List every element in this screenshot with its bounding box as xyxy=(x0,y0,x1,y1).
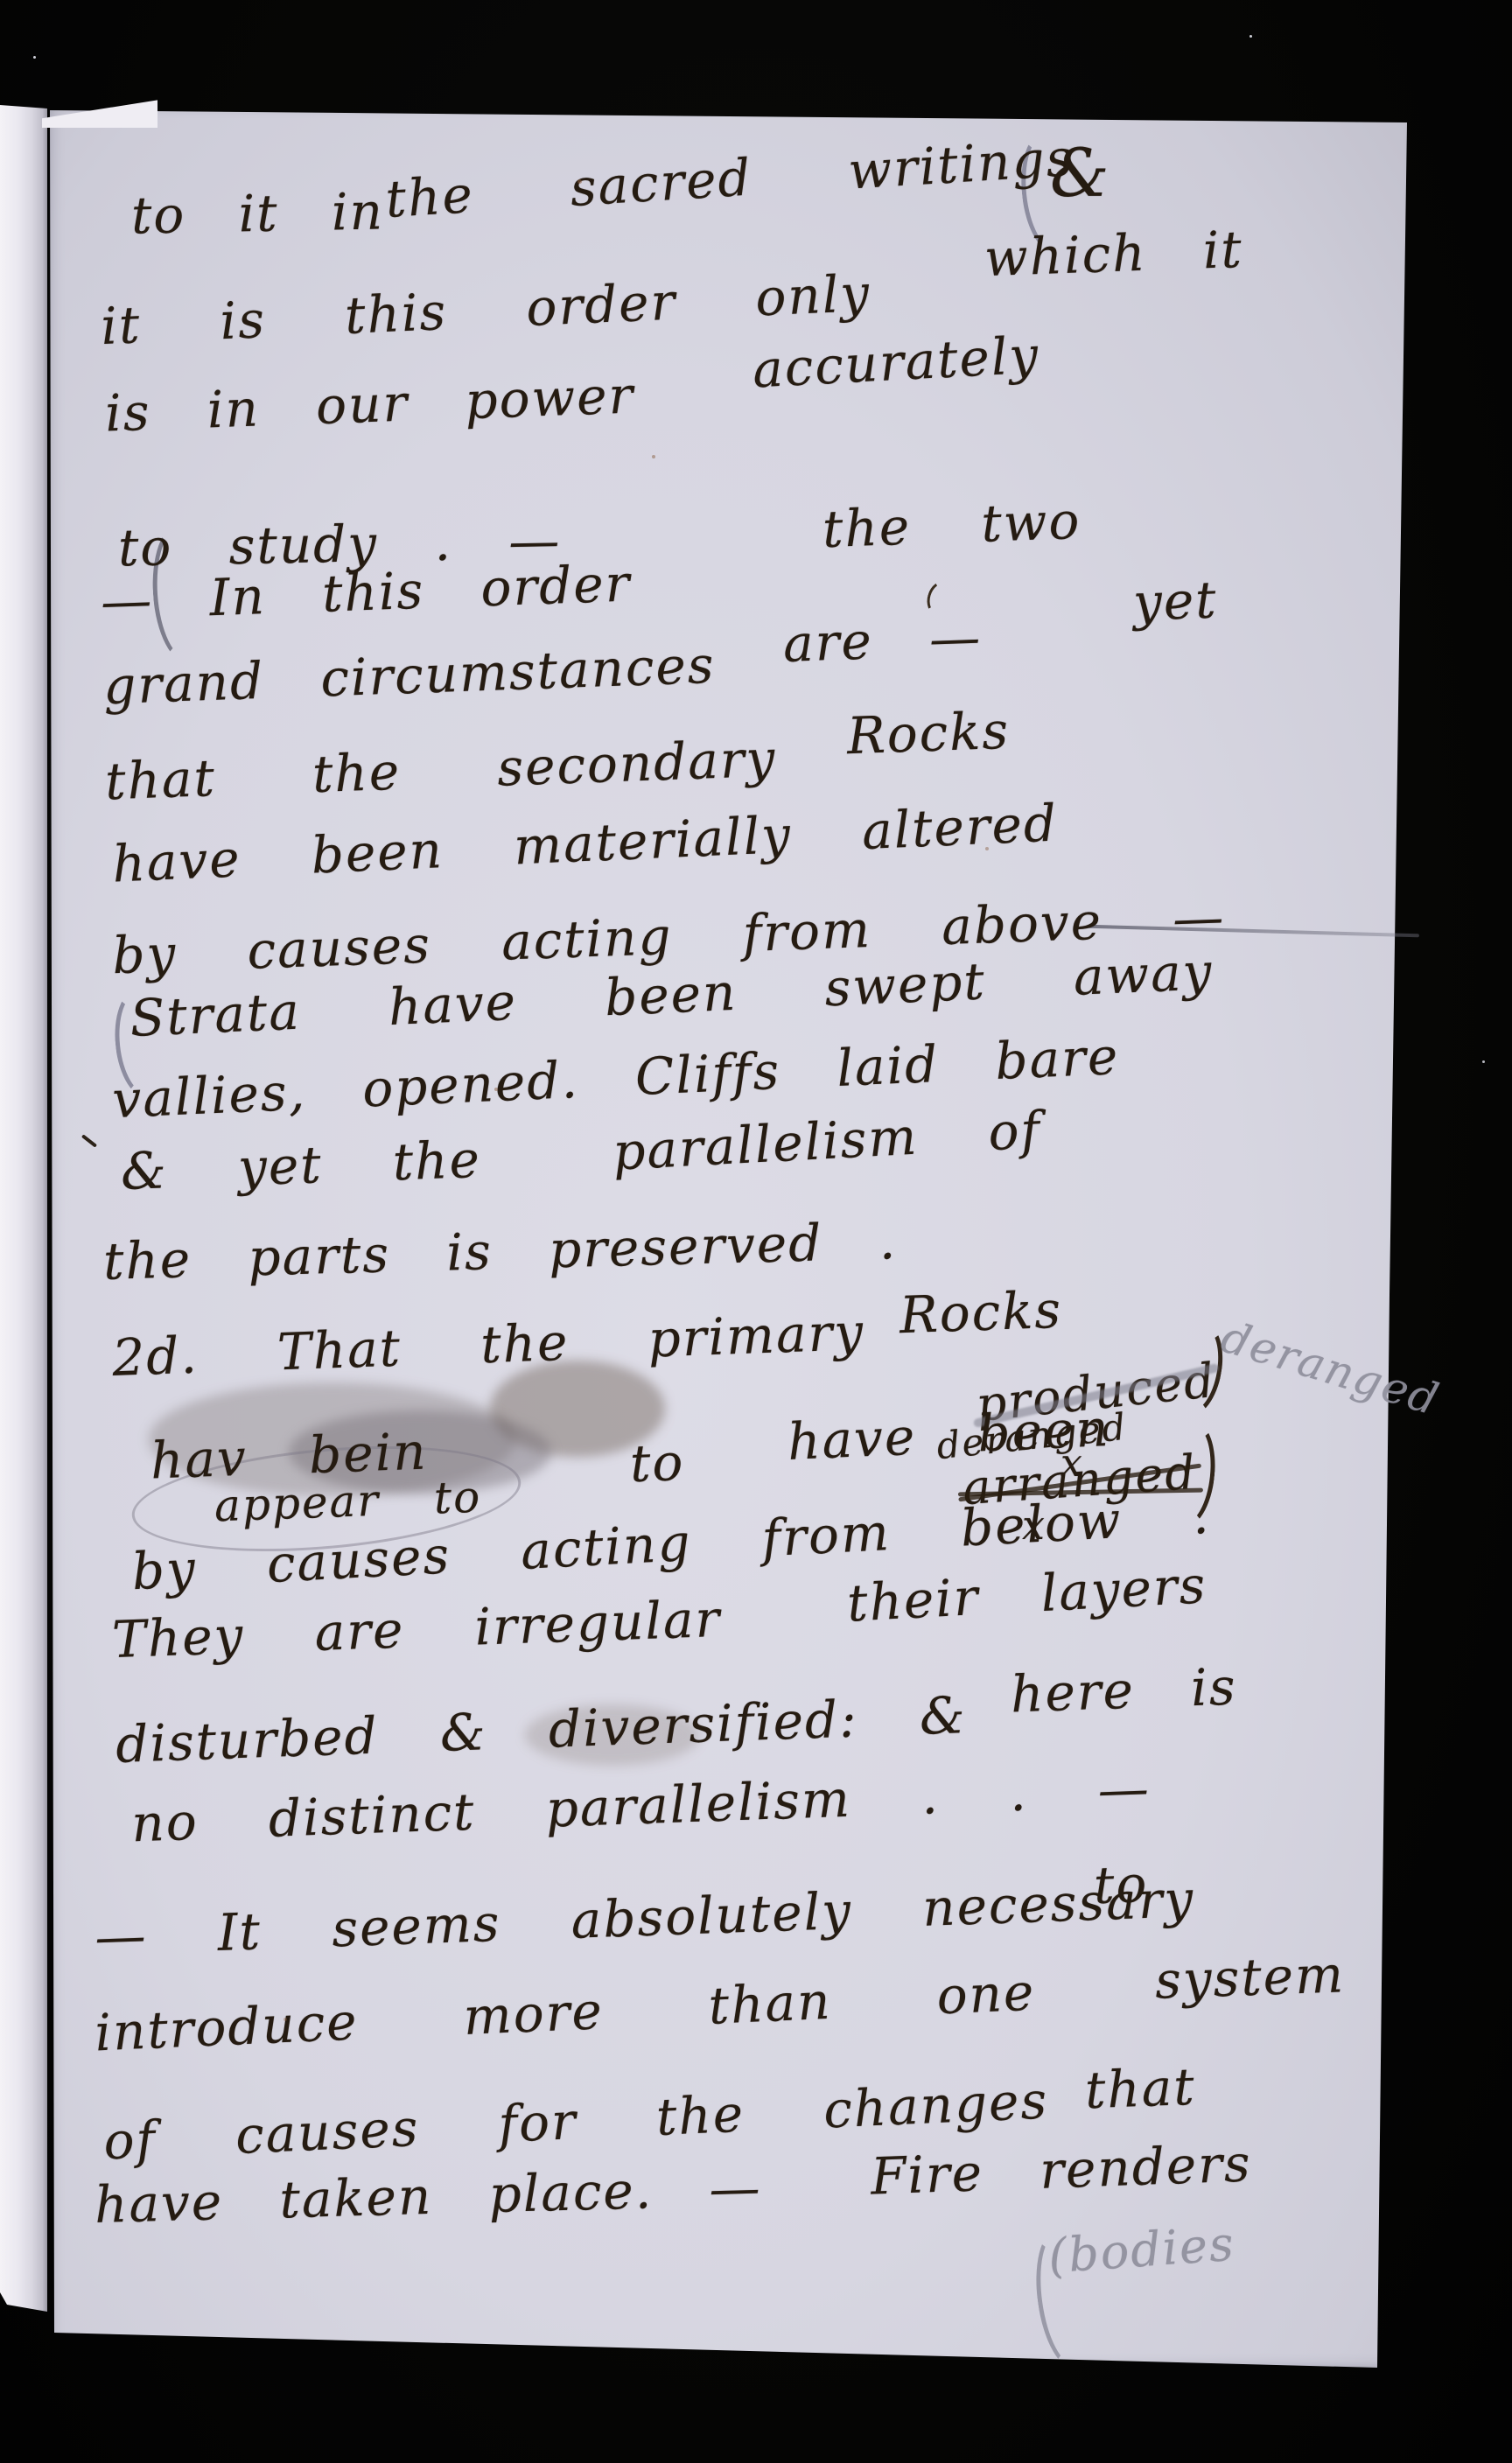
dust-speck xyxy=(1249,35,1252,38)
foxing-speck xyxy=(759,1795,762,1799)
handwritten-line: to xyxy=(629,1434,685,1493)
foxing-speck xyxy=(494,1088,498,1091)
handwritten-line: & xyxy=(1050,136,1111,210)
foxing-speck xyxy=(652,455,655,458)
foxing-speck xyxy=(577,179,582,184)
handwritten-line: Rocks xyxy=(846,703,1011,765)
handwritten-line: x xyxy=(1060,1442,1084,1485)
handwritten-line: the two xyxy=(822,493,1081,558)
handwritten-line: to xyxy=(1093,1856,1149,1914)
handwritten-line: system xyxy=(1154,1946,1346,2009)
dust-speck xyxy=(1482,1060,1485,1063)
handwritten-line: appear to xyxy=(213,1473,482,1531)
handwritten-line: Fire renders xyxy=(870,2135,1253,2205)
handwritten-line: which it xyxy=(983,221,1244,287)
book-binding-edge xyxy=(0,105,47,2317)
handwritten-line: that xyxy=(1084,2059,1197,2119)
manuscript-scan: to it inthe sacred writings&it is this o… xyxy=(0,0,1512,2463)
handwritten-line: to it in xyxy=(130,183,384,244)
handwritten-line: & yet the xyxy=(120,1131,482,1200)
handwritten-line: are — xyxy=(782,609,983,673)
handwritten-line: yet xyxy=(1132,571,1219,631)
foxing-speck xyxy=(985,847,989,850)
handwritten-line: here is xyxy=(1010,1659,1238,1724)
dust-speck xyxy=(33,56,36,59)
handwritten-line: Rocks xyxy=(899,1282,1063,1344)
foxing-speck xyxy=(283,2018,287,2021)
